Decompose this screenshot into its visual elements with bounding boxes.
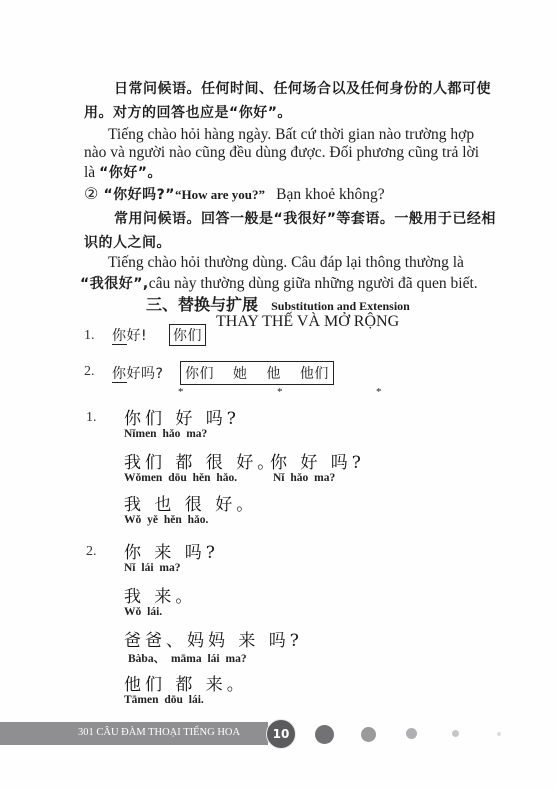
circled-number-2: ② [84,186,98,203]
para1-vi-line3-prefix: là [84,164,99,181]
dialogue-2-line-1-hanzi: 你 来 吗? [124,538,219,563]
para1-vi-line3-zh: “你好”。 [99,165,162,181]
section-heading-en: Substitution and Extension [271,299,410,313]
dialogue-2-line-4-hanzi: 他们 都 来。 [124,670,248,695]
para2-zh-line2: 识的人之间。 [84,232,171,252]
decorative-dot-icon [452,730,459,737]
dialogue-1-line-3-hanzi: 我 也 很 好。 [124,490,257,515]
para2-vi-line2-rest: câu này thường dùng giữa những người đã … [149,275,478,292]
substitution-2-option: 你们 [185,366,214,382]
section-heading-zh: 三、替换与扩展 [146,295,258,314]
dialogue-2-line-3-pinyin: Bàba、 māma lái ma? [128,650,247,666]
item2-en: “How are you?” [175,187,265,202]
substitution-2-underlined: 你 [112,366,127,383]
dialogue-2-line-4-pinyin: Tāmen dōu lái. [124,694,204,706]
dialogue-2-number: 2. [86,544,97,560]
para1-vi-line1: Tiếng chào hỏi hàng ngày. Bất cứ thời gi… [108,126,474,144]
substitution-1-pattern: 你好! [112,325,147,345]
dialogue-1-line-3-pinyin: Wǒ yě hěn hǎo. [124,514,208,526]
separator-asterisk: * [277,386,283,398]
dialogue-1-line-2-hanzi: 我们 都 很 好。 [124,448,278,473]
dialogue-1-line-2b-pinyin: Nǐ hǎo ma? [273,472,335,484]
dialogue-2-line-2-hanzi: 我 来。 [124,582,196,607]
dialogue-2-line-3-hanzi: 爸爸、妈妈 来 吗? [124,626,303,651]
page-number: 10 [266,719,296,749]
substitution-2-rest: 好吗? [127,366,164,382]
substitution-1-number: 1. [84,328,95,344]
substitution-1-rest: 好! [127,328,148,344]
substitution-2-pattern: 你好吗? [112,363,163,383]
para1-vi-line2: nào và người nào cũng đều dùng được. Đối… [84,144,479,162]
para1-zh-line1: 日常问候语。任何时间、任何场合以及任何身份的人都可使 [114,78,491,98]
dialogue-1-line-2b-hanzi: 你 好 吗? [270,448,365,473]
para2-vi-line1: Tiếng chào hỏi thường dùng. Câu đáp lại … [108,254,464,272]
footer-book-title: 301 CÂU ĐÀM THOẠI TIẾNG HOA [78,727,240,738]
dialogue-2-line-1-pinyin: Nǐ lái ma? [124,562,180,574]
para1-zh-line2: 用。对方的回答也应是“你好”。 [84,102,292,122]
section-heading-vi: THAY THẾ VÀ MỞ RỘNG [216,313,399,331]
dialogue-1-line-1-pinyin: Nǐmen hǎo ma? [124,428,207,440]
substitution-1-options-box: 你们 [169,324,206,346]
substitution-2-option: 她 [233,366,248,382]
substitution-2-number: 2. [84,364,95,380]
dialogue-1-number: 1. [86,410,97,426]
dialogue-1-line-1-hanzi: 你们 好 吗? [124,404,240,429]
para2-vi-line2-zh: “我很好”, [80,276,149,292]
decorative-dot-icon [406,728,417,739]
substitution-2-option: 他们 [300,366,329,382]
substitution-2-option: 他 [266,366,281,382]
decorative-dot-icon [497,732,501,736]
separator-asterisk: * [376,386,382,398]
item2-vi: Bạn khoẻ không? [276,186,384,203]
substitution-2-options-box: 你们 她 他 他们 [180,361,334,385]
para2-vi-line2: “我很好”,câu này thường dùng giữa những ngư… [80,273,478,293]
para2-zh-line1: 常用问候语。回答一般是“我很好”等套语。一般用于已经相 [114,208,496,228]
decorative-dot-icon [315,725,334,744]
substitution-1-underlined: 你 [112,328,127,345]
item2-zh: “你好吗?” [103,187,175,203]
decorative-dot-icon [361,727,376,742]
para1-vi-line3: là “你好”。 [84,162,162,182]
item2-line: ② “你好吗?”“How are you?” Bạn khoẻ không? [84,184,385,204]
section-heading: 三、替换与扩展 Substitution and Extension [146,292,410,315]
dialogue-2-line-2-pinyin: Wǒ lái. [124,606,162,618]
substitution-1-option: 你们 [173,328,202,344]
separator-asterisk: * [178,386,184,398]
dialogue-1-line-2-pinyin: Wǒmen dōu hěn hǎo. [124,472,237,484]
